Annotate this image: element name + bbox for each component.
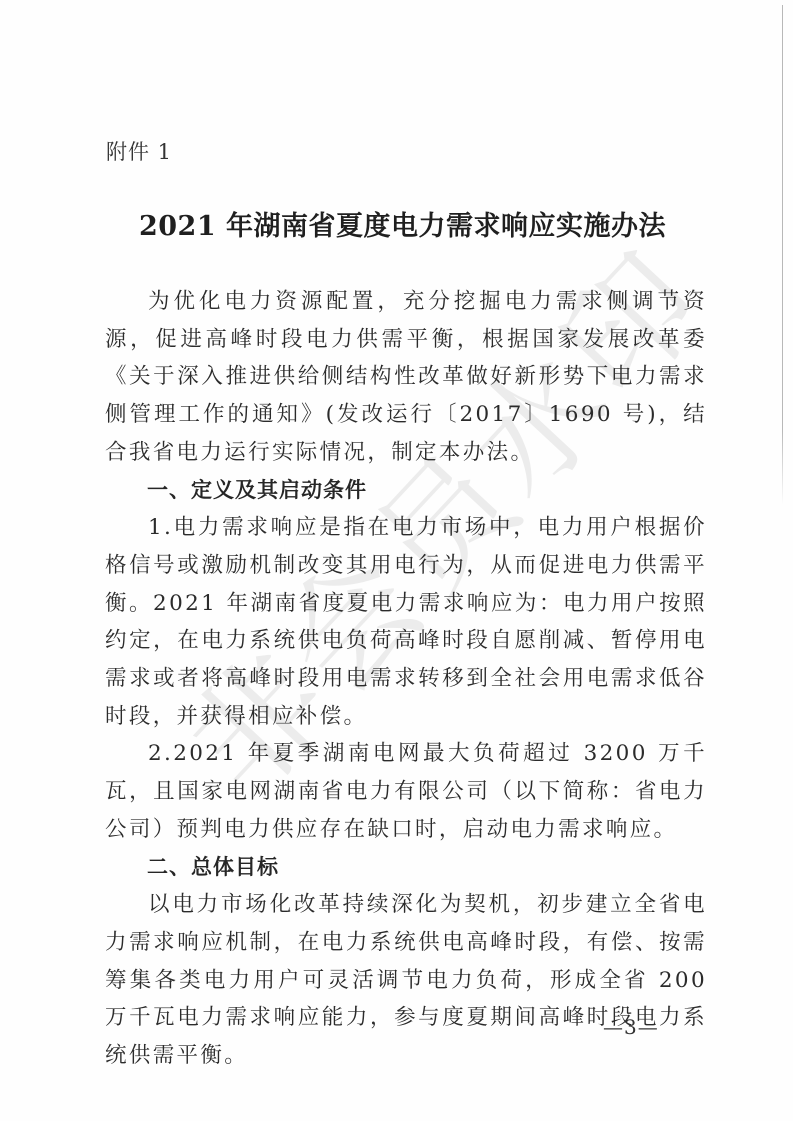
document-title: 2021 年湖南省夏度电力需求响应实施办法 — [0, 204, 793, 243]
definition-paragraph-1: 1.电力需求响应是指在电力市场中，电力用户根据价格信号或激励机制改变其用电行为，… — [105, 509, 707, 735]
attachment-label: 附件 1 — [106, 136, 172, 166]
definition-paragraph-2: 2.2021 年夏季湖南电网最大负荷超过 3200 万千瓦，且国家电网湖南省电力… — [105, 735, 707, 848]
document-body: 为优化电力资源配置，充分挖掘电力需求侧调节资源，促进高峰时段电力供需平衡，根据国… — [105, 283, 707, 1075]
section-heading-goals: 二、总体目标 — [105, 849, 707, 887]
page-number: —3— — [603, 1015, 659, 1039]
document-page: 非会员水印 附件 1 2021 年湖南省夏度电力需求响应实施办法 为优化电力资源… — [0, 0, 793, 1121]
section-heading-definition: 一、定义及其启动条件 — [105, 472, 707, 510]
scan-edge-line — [782, 5, 783, 505]
intro-paragraph: 为优化电力资源配置，充分挖掘电力需求侧调节资源，促进高峰时段电力供需平衡，根据国… — [105, 283, 707, 472]
goals-paragraph: 以电力市场化改革持续深化为契机，初步建立全省电力需求响应机制，在电力系统供电高峰… — [105, 886, 707, 1075]
